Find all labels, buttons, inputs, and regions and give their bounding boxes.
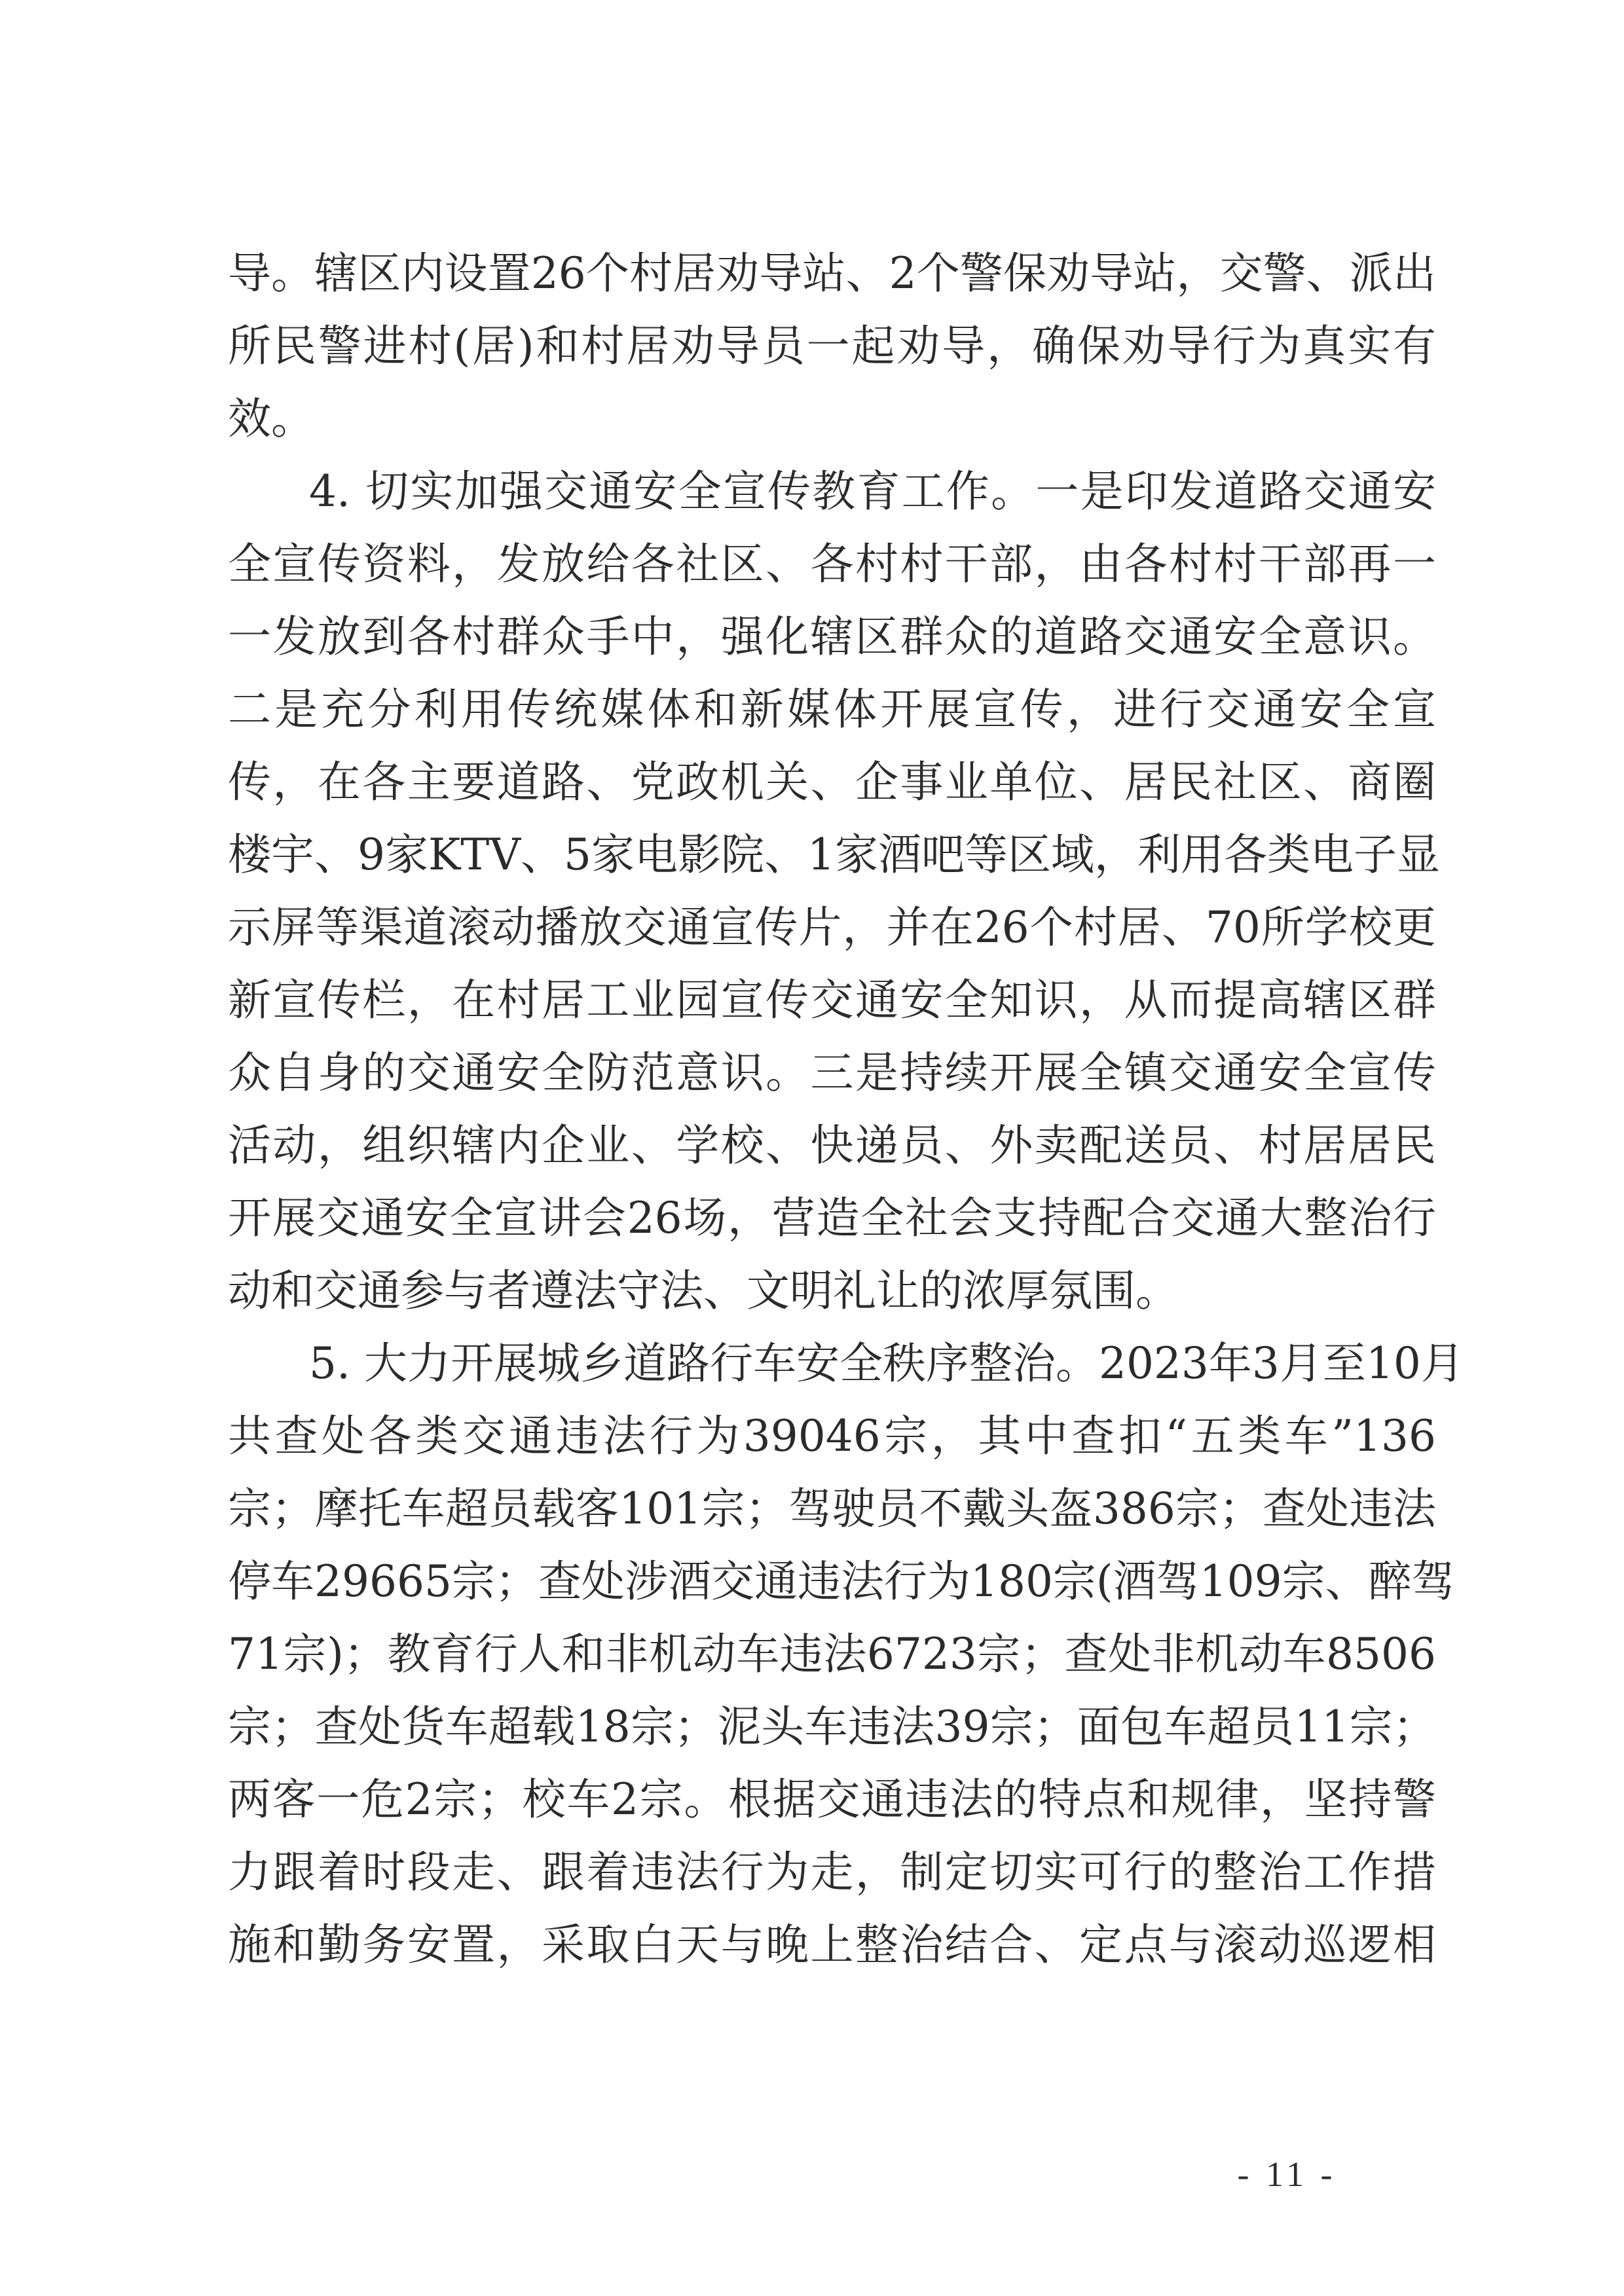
text-line: 导。辖区内设置26个村居劝导站、2个警保劝导站，交警、派出 <box>228 237 1436 310</box>
text-line: 楼宇、9家KTV、5家电影院、1家酒吧等区域，利用各类电子显 <box>228 818 1436 891</box>
text-line: 动和交通参与者遵法守法、文明礼让的浓厚氛围。 <box>228 1254 1436 1327</box>
page-number: - 11 - <box>1225 2154 1349 2195</box>
text-line: 两客一危2宗；校车2宗。根据交通违法的特点和规律，坚持警 <box>228 1763 1436 1836</box>
body-text: 导。辖区内设置26个村居劝导站、2个警保劝导站，交警、派出 所民警进村(居)和村… <box>228 237 1436 1981</box>
text-line: 共查处各类交通违法行为39046宗，其中查扣“五类车”136 <box>228 1400 1436 1472</box>
text-line: 传，在各主要道路、党政机关、企事业单位、居民社区、商圈 <box>228 746 1436 818</box>
text-line: 施和勤务安置，采取白天与晚上整治结合、定点与滚动巡逻相 <box>228 1908 1436 1981</box>
paragraph-advisory-stations: 导。辖区内设置26个村居劝导站、2个警保劝导站，交警、派出 所民警进村(居)和村… <box>228 237 1436 455</box>
section-heading-line: 4. 切实加强交通安全宣传教育工作。一是印发道路交通安 <box>228 455 1436 528</box>
text-line: 效。 <box>228 382 1436 455</box>
document-page: 导。辖区内设置26个村居劝导站、2个警保劝导站，交警、派出 所民警进村(居)和村… <box>0 0 1624 2296</box>
text-line: 新宣传栏，在村居工业园宣传交通安全知识，从而提高辖区群 <box>228 964 1436 1036</box>
text-line: 一发放到各村群众手中，强化辖区群众的道路交通安全意识。 <box>228 600 1436 673</box>
text-line: 全宣传资料，发放给各社区、各村村干部，由各村村干部再一 <box>228 528 1436 600</box>
text-line: 示屏等渠道滚动播放交通宣传片，并在26个村居、70所学校更 <box>228 891 1436 964</box>
text-line: 71宗)；教育行人和非机动车违法6723宗；查处非机动车8506 <box>228 1618 1436 1690</box>
text-line: 开展交通安全宣讲会26场，营造全社会支持配合交通大整治行 <box>228 1182 1436 1254</box>
text-line: 活动，组织辖内企业、学校、快递员、外卖配送员、村居居民 <box>228 1109 1436 1182</box>
text-line: 停车29665宗；查处涉酒交通违法行为180宗(酒驾109宗、醉驾 <box>228 1545 1436 1618</box>
paragraph-road-order-enforcement: 5. 大力开展城乡道路行车安全秩序整治。2023年3月至10月 共查处各类交通违… <box>228 1327 1436 1981</box>
text-line: 众自身的交通安全防范意识。三是持续开展全镇交通安全宣传 <box>228 1036 1436 1109</box>
text-line: 所民警进村(居)和村居劝导员一起劝导，确保劝导行为真实有 <box>228 310 1436 382</box>
text-line: 宗；查处货车超载18宗；泥头车违法39宗；面包车超员11宗； <box>228 1690 1436 1763</box>
paragraph-safety-publicity: 4. 切实加强交通安全宣传教育工作。一是印发道路交通安 全宣传资料，发放给各社区… <box>228 455 1436 1327</box>
text-line: 力跟着时段走、跟着违法行为走，制定切实可行的整治工作措 <box>228 1836 1436 1908</box>
text-line: 二是充分利用传统媒体和新媒体开展宣传，进行交通安全宣 <box>228 673 1436 746</box>
section-heading-line: 5. 大力开展城乡道路行车安全秩序整治。2023年3月至10月 <box>228 1327 1436 1400</box>
text-line: 宗；摩托车超员载客101宗；驾驶员不戴头盔386宗；查处违法 <box>228 1472 1436 1545</box>
